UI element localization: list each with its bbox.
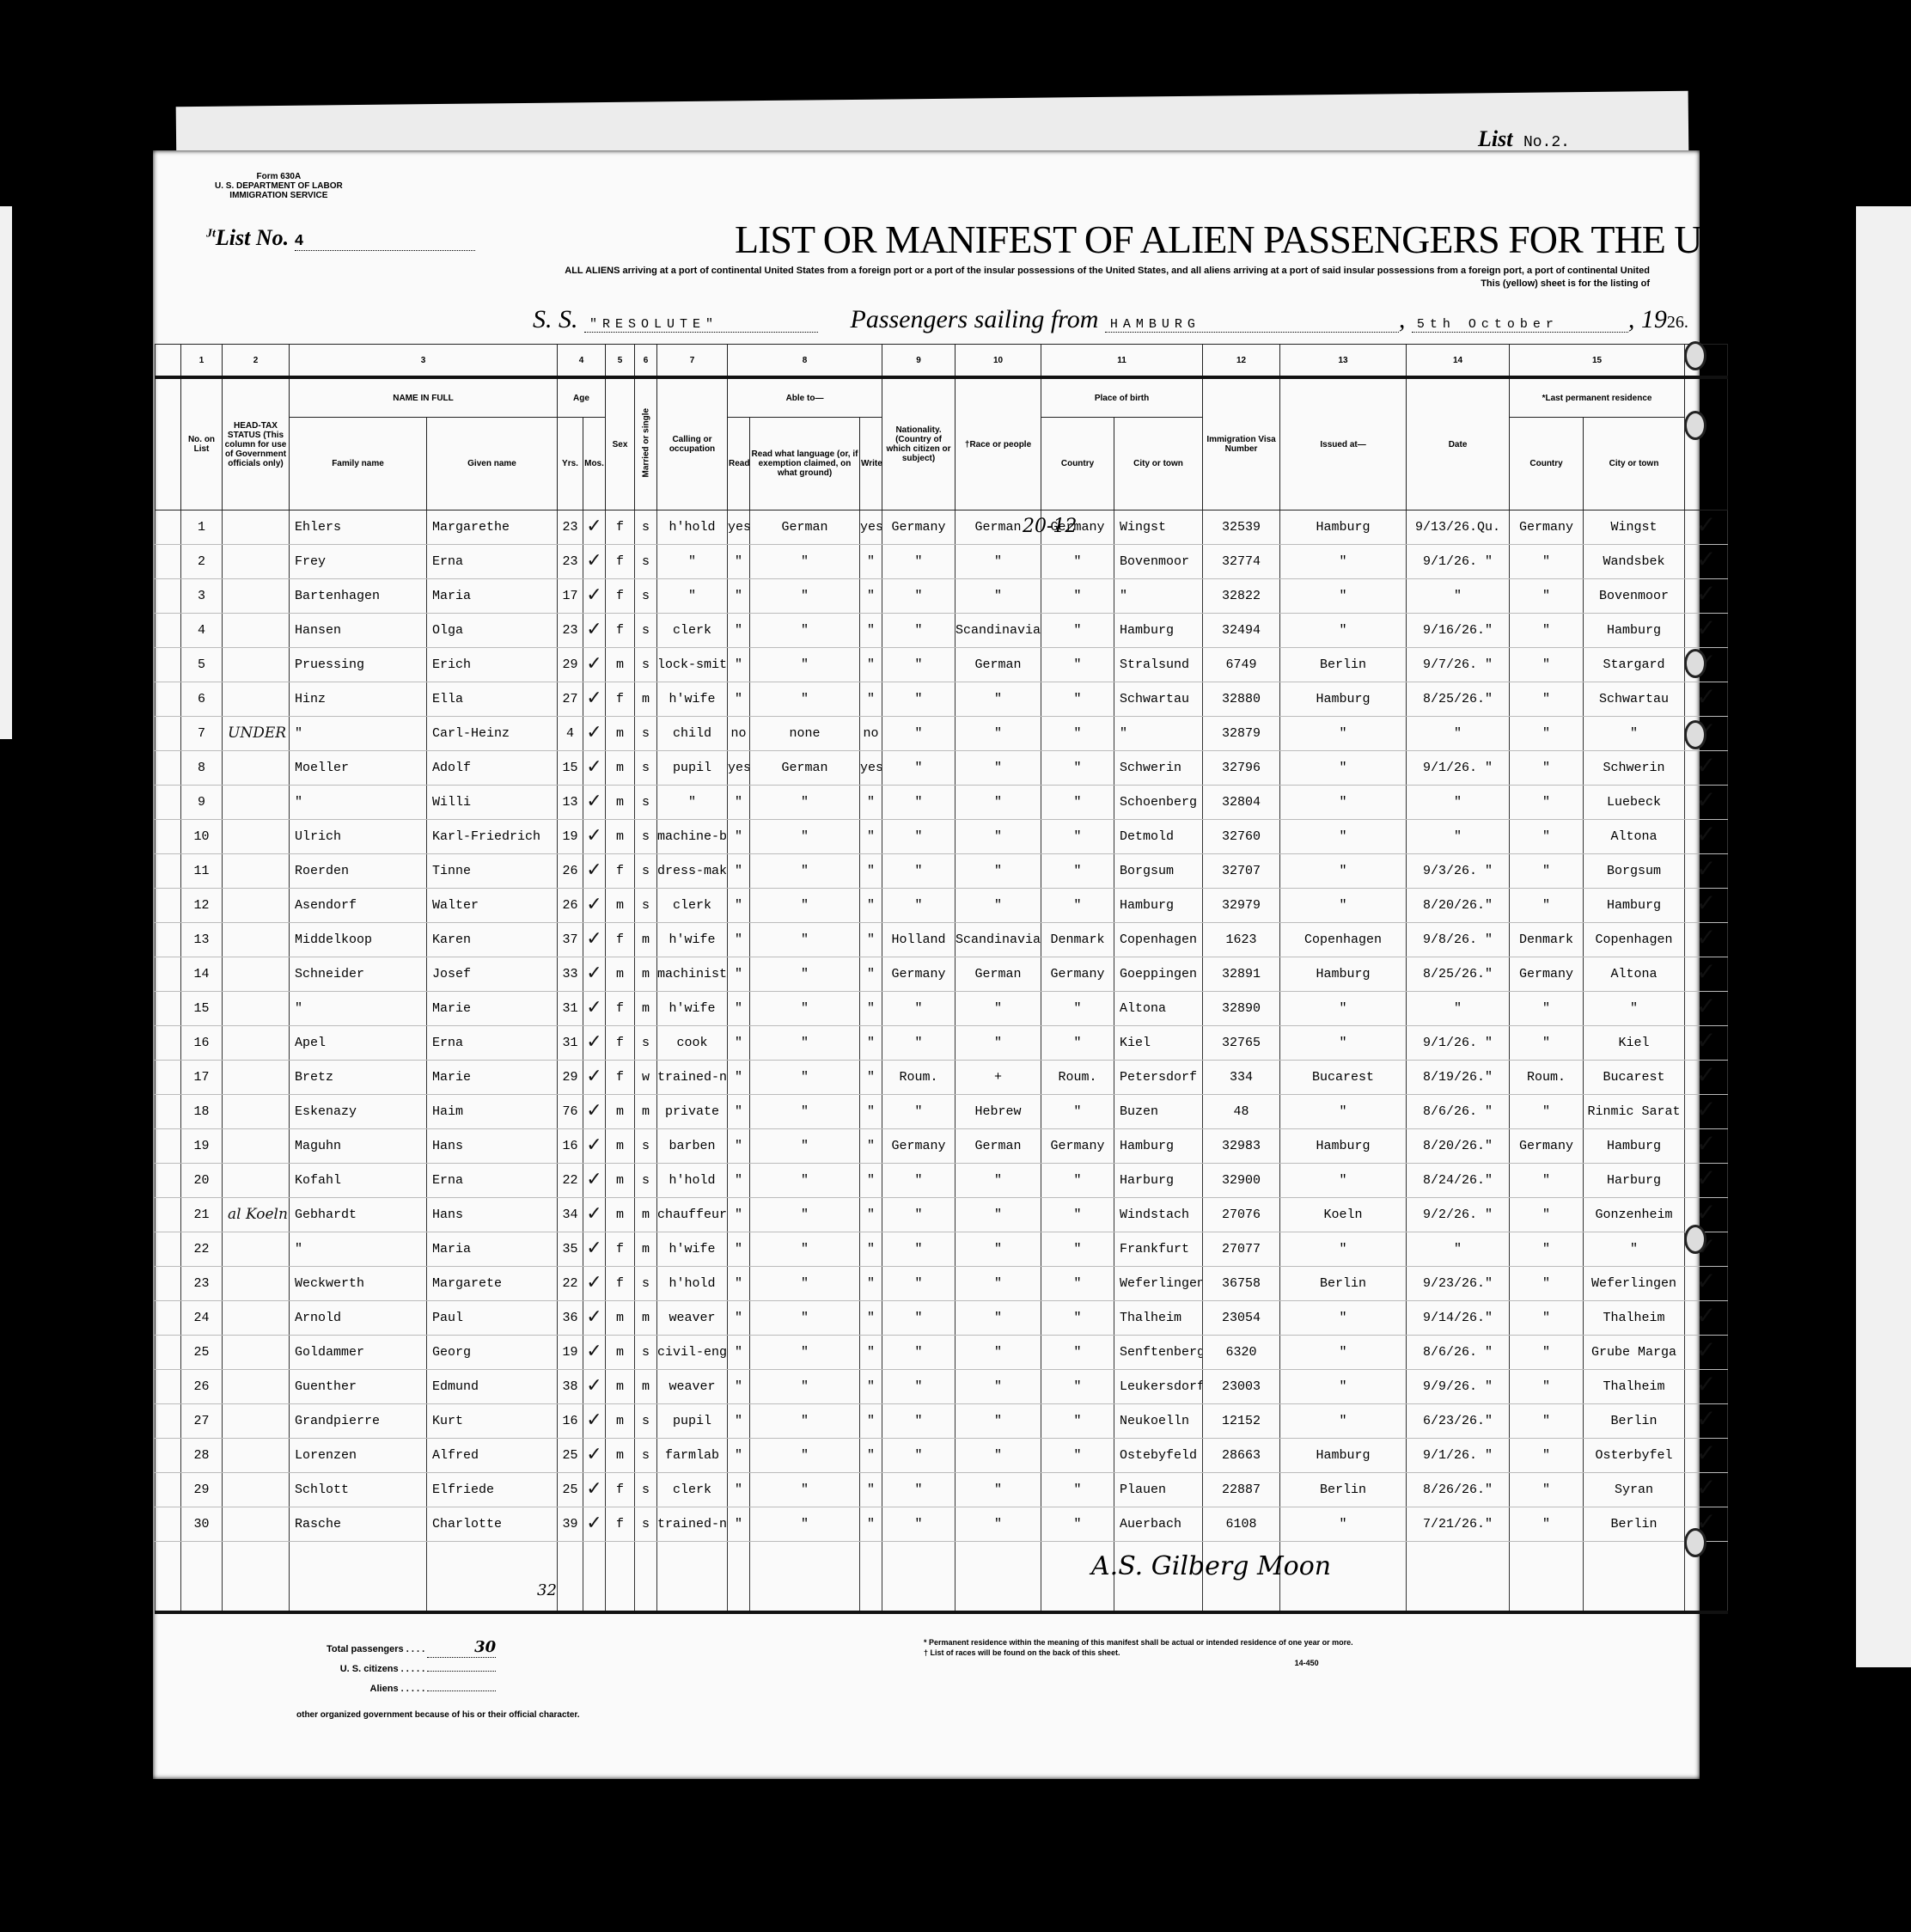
read-language: " — [750, 1507, 860, 1542]
check-mark-icon: ✓ — [1696, 614, 1716, 642]
can-read: " — [728, 545, 750, 579]
age-months: ✓ — [583, 992, 606, 1026]
visa-issued-at: " — [1280, 1336, 1407, 1370]
age-months: ✓ — [583, 648, 606, 682]
given-name: Georg — [427, 1336, 558, 1370]
check-mark-icon: ✓ — [586, 1031, 601, 1053]
occupation: farmlab — [657, 1439, 728, 1473]
visa-number: 27076 — [1203, 1198, 1280, 1232]
visa-date: 9/1/26. " — [1407, 1026, 1510, 1061]
marital-status: s — [635, 511, 657, 545]
visa-number: 32804 — [1203, 786, 1280, 820]
marital-status: s — [635, 1026, 657, 1061]
head-tax-status — [223, 854, 290, 889]
sex: m — [606, 1164, 635, 1198]
family-name: Arnold — [290, 1301, 427, 1336]
margin-cell — [156, 992, 181, 1026]
age-years: 23 — [558, 511, 583, 545]
can-read: " — [728, 1404, 750, 1439]
given-name: Walter — [427, 889, 558, 923]
read-language: " — [750, 1439, 860, 1473]
birth-country: " — [1041, 1370, 1114, 1404]
read-language: " — [750, 545, 860, 579]
age-months: ✓ — [583, 957, 606, 992]
marital-status: m — [635, 1095, 657, 1129]
read-language: " — [750, 889, 860, 923]
birth-country: " — [1041, 786, 1114, 820]
row-number: 24 — [181, 1301, 223, 1336]
col-able-to: Able to— — [728, 377, 882, 418]
check-column: ✓ — [1685, 854, 1728, 889]
race: " — [955, 1404, 1041, 1439]
sex: f — [606, 1473, 635, 1507]
given-name: Elfriede — [427, 1473, 558, 1507]
age-months: ✓ — [583, 1232, 606, 1267]
marital-status: s — [635, 820, 657, 854]
margin-cell — [156, 1507, 181, 1542]
read-language: " — [750, 957, 860, 992]
row-number: 10 — [181, 820, 223, 854]
birth-country: " — [1041, 614, 1114, 648]
residence-city: " — [1584, 717, 1685, 751]
marital-status: m — [635, 1370, 657, 1404]
empty-cell — [290, 1542, 427, 1613]
can-read: " — [728, 1439, 750, 1473]
visa-number: 22887 — [1203, 1473, 1280, 1507]
check-column: ✓ — [1685, 545, 1728, 579]
check-mark-icon: ✓ — [1696, 1404, 1716, 1433]
head-tax-status — [223, 1232, 290, 1267]
age-months: ✓ — [583, 1336, 606, 1370]
residence-city: Weferlingen — [1584, 1267, 1685, 1301]
family-name: Rasche — [290, 1507, 427, 1542]
residence-city: Grube Marga — [1584, 1336, 1685, 1370]
visa-issued-at: Berlin — [1280, 1267, 1407, 1301]
nationality: " — [882, 614, 955, 648]
residence-country: " — [1510, 992, 1584, 1026]
can-write: " — [860, 1473, 882, 1507]
given-name: Kurt — [427, 1404, 558, 1439]
given-name: Paul — [427, 1301, 558, 1336]
visa-date: " — [1407, 820, 1510, 854]
empty-cell — [583, 1542, 606, 1613]
residence-city: Schwerin — [1584, 751, 1685, 786]
sex: m — [606, 1370, 635, 1404]
given-name: Tinne — [427, 854, 558, 889]
check-mark-icon: ✓ — [1696, 1164, 1716, 1192]
can-read: " — [728, 682, 750, 717]
check-mark-icon: ✓ — [1696, 682, 1716, 711]
footer-text: other organized government because of hi… — [296, 1710, 580, 1720]
row-number: 6 — [181, 682, 223, 717]
check-column: ✓ — [1685, 1164, 1728, 1198]
visa-date: " — [1407, 579, 1510, 614]
sex: m — [606, 1404, 635, 1439]
marital-status: s — [635, 1336, 657, 1370]
age-years: 15 — [558, 751, 583, 786]
marital-status: w — [635, 1061, 657, 1095]
check-mark-icon: ✓ — [586, 1169, 601, 1190]
birth-city: Altona — [1114, 992, 1203, 1026]
check-mark-icon: ✓ — [586, 619, 601, 640]
marital-status: s — [635, 717, 657, 751]
nationality: " — [882, 1473, 955, 1507]
row-number: 18 — [181, 1095, 223, 1129]
residence-country: " — [1510, 579, 1584, 614]
birth-city: Auerbach — [1114, 1507, 1203, 1542]
age-years: 39 — [558, 1507, 583, 1542]
age-months: ✓ — [583, 579, 606, 614]
sex: m — [606, 889, 635, 923]
birth-city: Ostebyfeld — [1114, 1439, 1203, 1473]
check-mark-icon: ✓ — [1696, 1061, 1716, 1089]
inspector-signature: A.S. Gilberg Moon — [1091, 1551, 1331, 1581]
residence-city: Wandsbek — [1584, 545, 1685, 579]
residence-city: Bovenmoor — [1584, 579, 1685, 614]
residence-country: " — [1510, 1404, 1584, 1439]
birth-city: Senftenberg — [1114, 1336, 1203, 1370]
age-months: ✓ — [583, 1026, 606, 1061]
marital-status: s — [635, 614, 657, 648]
check-mark-icon: ✓ — [586, 894, 601, 915]
check-mark-icon: ✓ — [586, 1341, 601, 1362]
age-years: 27 — [558, 682, 583, 717]
visa-date: " — [1407, 786, 1510, 820]
given-name: Adolf — [427, 751, 558, 786]
sailing-line: S. S. "RESOLUTE" Passengers sailing from… — [533, 305, 1688, 334]
visa-number: 6749 — [1203, 648, 1280, 682]
nationality: " — [882, 1439, 955, 1473]
family-name: Kofahl — [290, 1164, 427, 1198]
race: " — [955, 992, 1041, 1026]
visa-issued-at: " — [1280, 545, 1407, 579]
margin-cell — [156, 1370, 181, 1404]
visa-date: 8/20/26." — [1407, 889, 1510, 923]
sex: m — [606, 1198, 635, 1232]
given-name: Maria — [427, 1232, 558, 1267]
residence-city: Copenhagen — [1584, 923, 1685, 957]
birth-city: Kiel — [1114, 1026, 1203, 1061]
row-number: 26 — [181, 1370, 223, 1404]
visa-date: " — [1407, 992, 1510, 1026]
check-mark-icon: ✓ — [1696, 545, 1716, 573]
visa-number: 32879 — [1203, 717, 1280, 751]
visa-issued-at: " — [1280, 854, 1407, 889]
margin-cell — [156, 545, 181, 579]
marital-status: m — [635, 957, 657, 992]
given-name: Willi — [427, 786, 558, 820]
family-name: Ehlers — [290, 511, 427, 545]
visa-issued-at: " — [1280, 889, 1407, 923]
visa-issued-at: " — [1280, 1370, 1407, 1404]
check-mark-icon: ✓ — [1696, 854, 1716, 883]
check-column: ✓ — [1685, 1301, 1728, 1336]
table-row: 17BretzMarie29✓fwtrained-nurse"""Roum.+R… — [156, 1061, 1728, 1095]
age-months: ✓ — [583, 1370, 606, 1404]
check-mark-icon: ✓ — [586, 516, 601, 537]
family-name: Pruessing — [290, 648, 427, 682]
table-row: 21al Koeln 11-12-35GebhardtHans34✓mmchau… — [156, 1198, 1728, 1232]
occupation: pupil — [657, 1404, 728, 1439]
visa-issued-at: Berlin — [1280, 1473, 1407, 1507]
occupation: trained-nurse — [657, 1061, 728, 1095]
margin-cell — [156, 1439, 181, 1473]
check-column: ✓ — [1685, 751, 1728, 786]
residence-city: Osterbyfel — [1584, 1439, 1685, 1473]
birth-country: " — [1041, 1336, 1114, 1370]
col-race: †Race or people — [955, 377, 1041, 511]
col-name-in-full: NAME IN FULL — [290, 377, 558, 418]
visa-number: 32822 — [1203, 579, 1280, 614]
check-column: ✓ — [1685, 614, 1728, 648]
birth-city: Petersdorf — [1114, 1061, 1203, 1095]
empty-cell — [750, 1542, 860, 1613]
residence-city: Altona — [1584, 820, 1685, 854]
visa-date: 8/25/26." — [1407, 957, 1510, 992]
can-read: " — [728, 1164, 750, 1198]
visa-date: 9/1/26. " — [1407, 545, 1510, 579]
visa-date: 9/3/26. " — [1407, 854, 1510, 889]
margin-cell — [156, 614, 181, 648]
marital-status: m — [635, 923, 657, 957]
birth-city: Windstach — [1114, 1198, 1203, 1232]
nationality: Holland — [882, 923, 955, 957]
head-tax-status — [223, 1404, 290, 1439]
sex: m — [606, 1301, 635, 1336]
given-name: Hans — [427, 1198, 558, 1232]
race: " — [955, 854, 1041, 889]
age-years: 31 — [558, 1026, 583, 1061]
can-write: " — [860, 820, 882, 854]
age-years: 33 — [558, 957, 583, 992]
margin-cell — [156, 648, 181, 682]
birth-city: Wingst — [1114, 511, 1203, 545]
birth-country: " — [1041, 579, 1114, 614]
binder-hole — [1684, 720, 1706, 749]
passenger-table: 1 2 3 4 5 6 7 8 9 10 11 12 13 14 15 No. … — [155, 344, 1710, 1614]
empty-cell — [1407, 1542, 1510, 1613]
head-tax-status — [223, 1336, 290, 1370]
visa-issued-at: " — [1280, 1301, 1407, 1336]
residence-country: Germany — [1510, 957, 1584, 992]
birth-country: " — [1041, 648, 1114, 682]
can-write: " — [860, 854, 882, 889]
age-years: 34 — [558, 1198, 583, 1232]
visa-date: 8/20/26." — [1407, 1129, 1510, 1164]
check-mark-icon: ✓ — [586, 1272, 601, 1293]
empty-cell — [1510, 1542, 1584, 1613]
birth-city: Weferlingen — [1114, 1267, 1203, 1301]
family-name: Middelkoop — [290, 923, 427, 957]
read-language: " — [750, 992, 860, 1026]
check-column: ✓ — [1685, 579, 1728, 614]
head-tax-status — [223, 1026, 290, 1061]
check-mark-icon: ✓ — [586, 963, 601, 984]
birth-country: Denmark — [1041, 923, 1114, 957]
read-language: " — [750, 682, 860, 717]
given-name: Erna — [427, 545, 558, 579]
can-read: " — [728, 889, 750, 923]
nationality: " — [882, 1026, 955, 1061]
residence-city: Kiel — [1584, 1026, 1685, 1061]
table-row: 11RoerdenTinne26✓fsdress-maker""""""Borg… — [156, 854, 1728, 889]
table-row: 25GoldammerGeorg19✓mscivil-engineer"""""… — [156, 1336, 1728, 1370]
visa-number: 32900 — [1203, 1164, 1280, 1198]
margin-cell — [156, 854, 181, 889]
check-column: ✓ — [1685, 957, 1728, 992]
occupation: trained-nurse — [657, 1507, 728, 1542]
marital-status: s — [635, 545, 657, 579]
race: " — [955, 1370, 1041, 1404]
col-nationality: Nationality. (Country of which citizen o… — [882, 377, 955, 511]
birth-country: " — [1041, 1232, 1114, 1267]
sex: m — [606, 717, 635, 751]
row-number: 7 — [181, 717, 223, 751]
check-mark-icon: ✓ — [586, 1066, 601, 1087]
family-name: Eskenazy — [290, 1095, 427, 1129]
residence-city: Thalheim — [1584, 1370, 1685, 1404]
visa-issued-at: " — [1280, 1232, 1407, 1267]
occupation: clerk — [657, 889, 728, 923]
family-name: " — [290, 1232, 427, 1267]
visa-number: 32774 — [1203, 545, 1280, 579]
check-mark-icon: ✓ — [586, 997, 601, 1018]
margin-cell — [156, 1473, 181, 1507]
read-language: " — [750, 1095, 860, 1129]
residence-city: " — [1584, 992, 1685, 1026]
birth-country: Roum. — [1041, 1061, 1114, 1095]
row-number: 28 — [181, 1439, 223, 1473]
visa-number: 48 — [1203, 1095, 1280, 1129]
family-name: Hansen — [290, 614, 427, 648]
check-mark-icon: ✓ — [586, 1100, 601, 1122]
nationality: " — [882, 820, 955, 854]
nationality: " — [882, 579, 955, 614]
birth-country: Germany — [1041, 1129, 1114, 1164]
read-language: " — [750, 1301, 860, 1336]
read-language: " — [750, 1336, 860, 1370]
age-months: ✓ — [583, 786, 606, 820]
sex: f — [606, 1026, 635, 1061]
can-read: " — [728, 1232, 750, 1267]
check-mark-icon: ✓ — [1696, 889, 1716, 917]
table-row: 29SchlottElfriede25✓fsclerk""""""Plauen2… — [156, 1473, 1728, 1507]
age-months: ✓ — [583, 1267, 606, 1301]
visa-issued-at: " — [1280, 1095, 1407, 1129]
sailing-date: 5th October — [1412, 317, 1628, 333]
marital-status: m — [635, 992, 657, 1026]
given-name: Erich — [427, 648, 558, 682]
head-tax-status: al Koeln 11-12-35 — [223, 1198, 290, 1232]
age-years: 19 — [558, 1336, 583, 1370]
visa-issued-at: Koeln — [1280, 1198, 1407, 1232]
residence-country: " — [1510, 889, 1584, 923]
birth-country: " — [1041, 1267, 1114, 1301]
row-number: 22 — [181, 1232, 223, 1267]
residence-city: " — [1584, 1232, 1685, 1267]
visa-issued-at: Hamburg — [1280, 1129, 1407, 1164]
residence-city: Luebeck — [1584, 786, 1685, 820]
birth-country: " — [1041, 1095, 1114, 1129]
given-name: Margarete — [427, 1267, 558, 1301]
given-name: Edmund — [427, 1370, 558, 1404]
check-column: ✓ — [1685, 992, 1728, 1026]
birth-city: " — [1114, 717, 1203, 751]
residence-city: Thalheim — [1584, 1301, 1685, 1336]
race: " — [955, 1164, 1041, 1198]
visa-date: 9/23/26." — [1407, 1267, 1510, 1301]
head-tax-status — [223, 545, 290, 579]
col-sex: Sex — [606, 377, 635, 511]
visa-date: 8/6/26. " — [1407, 1095, 1510, 1129]
sex: m — [606, 820, 635, 854]
occupation: h'hold — [657, 1267, 728, 1301]
table-row: 16ApelErna31✓fscook""""""Kiel32765"9/1/2… — [156, 1026, 1728, 1061]
read-language: " — [750, 1198, 860, 1232]
residence-country: " — [1510, 682, 1584, 717]
check-mark-icon: ✓ — [1696, 786, 1716, 814]
check-mark-icon: ✓ — [1696, 1129, 1716, 1158]
check-column: ✓ — [1685, 1473, 1728, 1507]
visa-issued-at: " — [1280, 820, 1407, 854]
age-years: 29 — [558, 1061, 583, 1095]
birth-city: Schwartau — [1114, 682, 1203, 717]
check-mark-icon: ✓ — [586, 1409, 601, 1431]
can-write: " — [860, 1439, 882, 1473]
read-language: " — [750, 820, 860, 854]
race: " — [955, 1198, 1041, 1232]
nationality: " — [882, 1095, 955, 1129]
totals-block: Total passengers . . . . 30 U. S. citize… — [327, 1637, 496, 1699]
can-write: " — [860, 1095, 882, 1129]
check-mark-icon: ✓ — [586, 653, 601, 675]
sex: f — [606, 614, 635, 648]
family-name: " — [290, 717, 427, 751]
binder-hole — [1684, 1528, 1706, 1557]
margin-cell — [156, 1301, 181, 1336]
can-write: " — [860, 579, 882, 614]
empty-cell — [427, 1542, 558, 1613]
visa-number: 1623 — [1203, 923, 1280, 957]
family-name: Moeller — [290, 751, 427, 786]
family-name: Schneider — [290, 957, 427, 992]
birth-city: Hamburg — [1114, 614, 1203, 648]
visa-date: 6/23/26." — [1407, 1404, 1510, 1439]
age-months: ✓ — [583, 1473, 606, 1507]
age-years: 22 — [558, 1267, 583, 1301]
visa-issued-at: " — [1280, 614, 1407, 648]
age-years: 25 — [558, 1473, 583, 1507]
row-number: 13 — [181, 923, 223, 957]
col-visa-number: Immigration Visa Number — [1203, 377, 1280, 511]
can-write: " — [860, 545, 882, 579]
birth-country: " — [1041, 751, 1114, 786]
head-tax-status — [223, 682, 290, 717]
birth-city: Neukoelln — [1114, 1404, 1203, 1439]
head-tax-status: UNDER 16 — [223, 717, 290, 751]
check-mark-icon: ✓ — [586, 1238, 601, 1259]
birth-country: " — [1041, 1404, 1114, 1439]
row-number: 27 — [181, 1404, 223, 1439]
race: + — [955, 1061, 1041, 1095]
can-write: " — [860, 1267, 882, 1301]
birth-country: " — [1041, 889, 1114, 923]
residence-country: " — [1510, 1439, 1584, 1473]
row-number: 2 — [181, 545, 223, 579]
margin-cell — [156, 820, 181, 854]
visa-number: 6320 — [1203, 1336, 1280, 1370]
read-language: " — [750, 1026, 860, 1061]
